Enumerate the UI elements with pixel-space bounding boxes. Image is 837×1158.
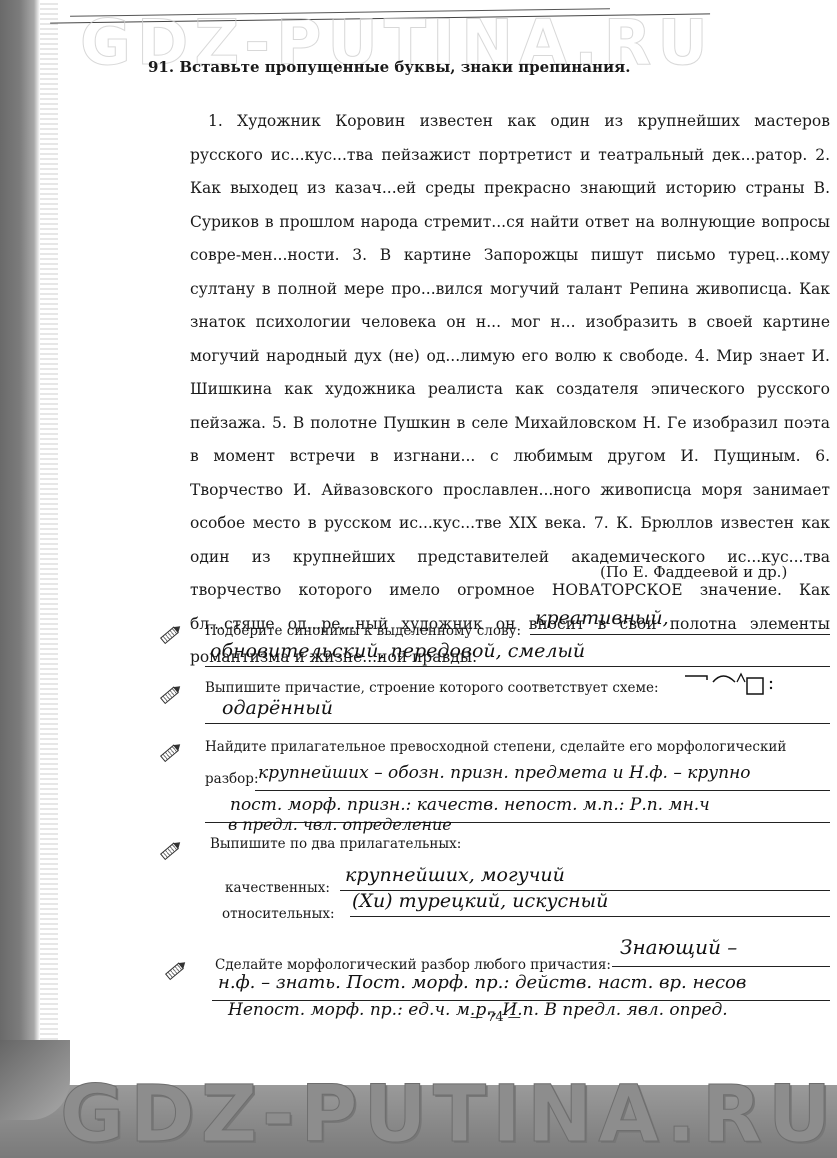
task-synonyms-answer-1[interactable]: креативный, [535,607,669,629]
task-superlative-prompt: Найдите прилагательное превосходной степ… [205,739,786,755]
task-adjectives-prompt: Выпишите по два прилагательных: [210,836,461,852]
answer-line [205,723,830,724]
page-edge-shadow [0,0,40,1158]
answer-line [350,916,830,917]
task-synonyms-answer-2[interactable]: обновительский, передовой, смелый [210,640,585,662]
task-participle-analysis-answer-2[interactable]: н.ф. – знать. Пост. морф. пр.: действ. н… [218,972,746,993]
page-edge-texture [40,0,58,1100]
task-superlative-prompt-cont: разбор: [205,771,259,787]
task-superlative-answer-2[interactable]: пост. морф. призн.: качеств. непост. м.п… [230,795,710,815]
pencil-icon [165,960,187,980]
exercise-text: 1. Художник Коровин известен как один из… [190,105,830,675]
task-qualitative-answer[interactable]: крупнейших, могучий [345,864,565,886]
task-participle-prompt: Выпишите причастие, строение которого со… [205,680,659,696]
task-participle-analysis-answer-1[interactable]: Знающий – [620,935,737,959]
watermark-bottom: GDZ-PUTINA.RU [60,1070,837,1158]
morpheme-scheme-icon [683,670,783,698]
label-relative: относительных: [222,906,335,922]
exercise-source: (По Е. Фаддеевой и др.) [600,563,787,581]
pencil-icon [160,840,182,860]
answer-line [530,634,830,635]
task-participle-analysis-prompt: Сделайте морфологический разбор любого п… [215,957,611,973]
page-number: — 74 — [470,1010,521,1025]
pencil-icon [160,742,182,762]
answer-line [205,666,830,667]
answer-line [255,790,830,791]
task-relative-answer[interactable]: (Хи) турецкий, искусный [352,890,608,912]
task-synonyms-prompt: Подберите синонимы к выделенному слову: [205,623,521,639]
answer-line [612,966,830,967]
task-participle-answer[interactable]: одарённый [222,697,333,719]
label-qualitative: качественных: [225,880,330,896]
pencil-icon [160,624,182,644]
pencil-icon [160,684,182,704]
task-superlative-answer-1[interactable]: крупнейших – обозн. призн. предмета и Н.… [258,763,751,783]
exercise-paragraph: 1. Художник Коровин известен как один из… [190,105,830,675]
task-superlative-answer-3[interactable]: в предл. чвл. определение [228,815,452,834]
exercise-title: 91. Вставьте пропущенные буквы, знаки пр… [148,58,630,76]
